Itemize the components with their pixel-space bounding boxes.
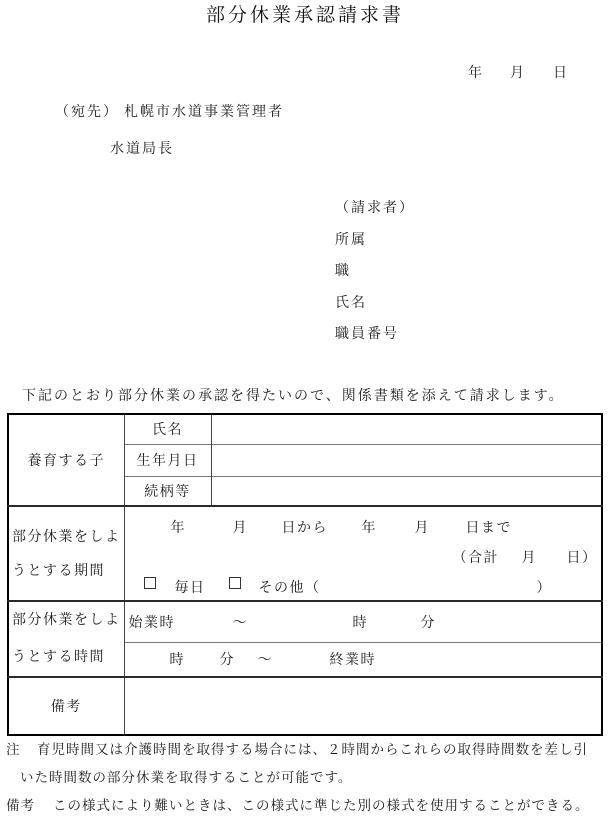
recipient-line-2: 水道局長 bbox=[110, 138, 284, 158]
period-pattern-line: 毎日 その他（ ） bbox=[125, 570, 602, 600]
other-checkbox-label: その他（ bbox=[259, 577, 321, 597]
period-range-line: 年 月 日から 年 月 日まで bbox=[125, 510, 602, 540]
period-from-year-label: 年 bbox=[171, 517, 187, 537]
child-section-label: 養育する子 bbox=[8, 414, 124, 506]
time2-minute-label: 分 bbox=[220, 649, 236, 669]
child-birthdate-field[interactable] bbox=[211, 444, 602, 476]
table-row-remarks: 備考 bbox=[8, 677, 602, 735]
period-from-day-label: 日から bbox=[282, 517, 329, 537]
time2-hour-label: 時 bbox=[170, 649, 186, 669]
date-line: 年 月 日 bbox=[0, 62, 610, 82]
period-total-month-label: 月 bbox=[522, 547, 538, 567]
time1-minute-label: 分 bbox=[421, 612, 437, 632]
date-day-label: 日 bbox=[553, 62, 567, 82]
time-label-line2: うとする時間 bbox=[12, 639, 124, 676]
request-table: 養育する子 氏名 生年月日 続柄等 部分休業をしよ うとする期間 年 bbox=[7, 413, 603, 736]
recipient-org: 札幌市水道事業管理者 bbox=[124, 104, 284, 120]
requester-affiliation-label: 所属 bbox=[335, 225, 415, 257]
time-row2-field[interactable]: 時 分 ～ 終業時 bbox=[124, 642, 602, 677]
note-line-1: 注 育児時間又は介護時間を取得する場合には、２時間からこれらの取得時間数を差し引 bbox=[6, 738, 606, 766]
period-total-suffix: 日） bbox=[567, 547, 598, 567]
time2-tilde: ～ bbox=[258, 649, 274, 669]
daily-checkbox-label: 毎日 bbox=[175, 577, 206, 597]
period-to-month-label: 月 bbox=[415, 517, 431, 537]
period-section-label: 部分休業をしよ うとする期間 bbox=[8, 506, 124, 601]
remarks-label: 備考 bbox=[8, 677, 124, 735]
period-field[interactable]: 年 月 日から 年 月 日まで （合計 月 日） 毎日 bbox=[124, 506, 602, 601]
requester-block: （請求者） 所属 職 氏名 職員番号 bbox=[335, 193, 415, 351]
child-name-field[interactable] bbox=[211, 414, 602, 444]
recipient-prefix: （宛先） bbox=[55, 104, 119, 120]
note-text-line2: いた時間数の部分休業を取得することが可能です。 bbox=[20, 766, 352, 786]
note-prefix: 注 bbox=[6, 738, 21, 758]
period-label-line2: うとする期間 bbox=[12, 554, 124, 588]
daily-checkbox[interactable] bbox=[144, 577, 156, 589]
note-text-line1: 育児時間又は介護時間を取得する場合には、２時間からこれらの取得時間数を差し引 bbox=[37, 738, 588, 758]
child-relation-label: 続柄等 bbox=[124, 476, 211, 506]
time1-hour-label: 時 bbox=[353, 612, 369, 632]
child-relation-field[interactable] bbox=[211, 476, 602, 506]
intro-sentence: 下記のとおり部分休業の承認を得たいので、関係書類を添えて請求します。 bbox=[22, 385, 565, 405]
period-from-month-label: 月 bbox=[233, 517, 249, 537]
time-label-line1: 部分休業をしよ bbox=[12, 602, 124, 639]
child-name-label: 氏名 bbox=[124, 414, 211, 444]
time1-tilde: ～ bbox=[233, 612, 249, 632]
remark-note-line: 備考 この様式により難いときは、この様式に準じた別の様式を使用することができる。 bbox=[6, 794, 606, 819]
page-title: 部分休業承認請求書 bbox=[0, 0, 610, 27]
recipient-line-1: （宛先）札幌市水道事業管理者 bbox=[55, 101, 284, 121]
table-row-time-1: 部分休業をしよ うとする時間 始業時 ～ 時 分 bbox=[8, 601, 602, 642]
other-paren-close: ） bbox=[537, 577, 553, 597]
requester-heading: （請求者） bbox=[335, 193, 415, 225]
note-line-2: いた時間数の部分休業を取得することが可能です。 bbox=[6, 766, 606, 794]
requester-name-label: 氏名 bbox=[335, 288, 415, 320]
time-section-label: 部分休業をしよ うとする時間 bbox=[8, 601, 124, 677]
form-page: 部分休業承認請求書 年 月 日 （宛先）札幌市水道事業管理者 水道局長 （請求者… bbox=[0, 0, 610, 819]
period-total-line: （合計 月 日） bbox=[125, 540, 602, 570]
time2-end-label: 終業時 bbox=[330, 649, 377, 669]
period-to-day-label: 日まで bbox=[466, 517, 513, 537]
time1-start-label: 始業時 bbox=[129, 612, 176, 632]
time-row1-field[interactable]: 始業時 ～ 時 分 bbox=[124, 601, 602, 642]
footer-notes: 注 育児時間又は介護時間を取得する場合には、２時間からこれらの取得時間数を差し引… bbox=[6, 738, 606, 819]
date-year-label: 年 bbox=[468, 62, 482, 82]
table-row-child-name: 養育する子 氏名 bbox=[8, 414, 602, 444]
table-row-period: 部分休業をしよ うとする期間 年 月 日から 年 月 日まで （合計 bbox=[8, 506, 602, 601]
remark-note-prefix: 備考 bbox=[6, 794, 35, 814]
recipient-block: （宛先）札幌市水道事業管理者 水道局長 bbox=[55, 101, 284, 158]
period-to-year-label: 年 bbox=[362, 517, 378, 537]
other-checkbox[interactable] bbox=[229, 577, 241, 589]
requester-position-label: 職 bbox=[335, 256, 415, 288]
date-month-label: 月 bbox=[510, 62, 524, 82]
remarks-field[interactable] bbox=[124, 677, 602, 735]
remark-note-text: この様式により難いときは、この様式に準じた別の様式を使用することができる。 bbox=[53, 794, 590, 814]
period-label-line1: 部分休業をしよ bbox=[12, 520, 124, 554]
child-birthdate-label: 生年月日 bbox=[124, 444, 211, 476]
requester-employee-no-label: 職員番号 bbox=[335, 319, 415, 351]
period-total-prefix: （合計 bbox=[453, 547, 500, 567]
